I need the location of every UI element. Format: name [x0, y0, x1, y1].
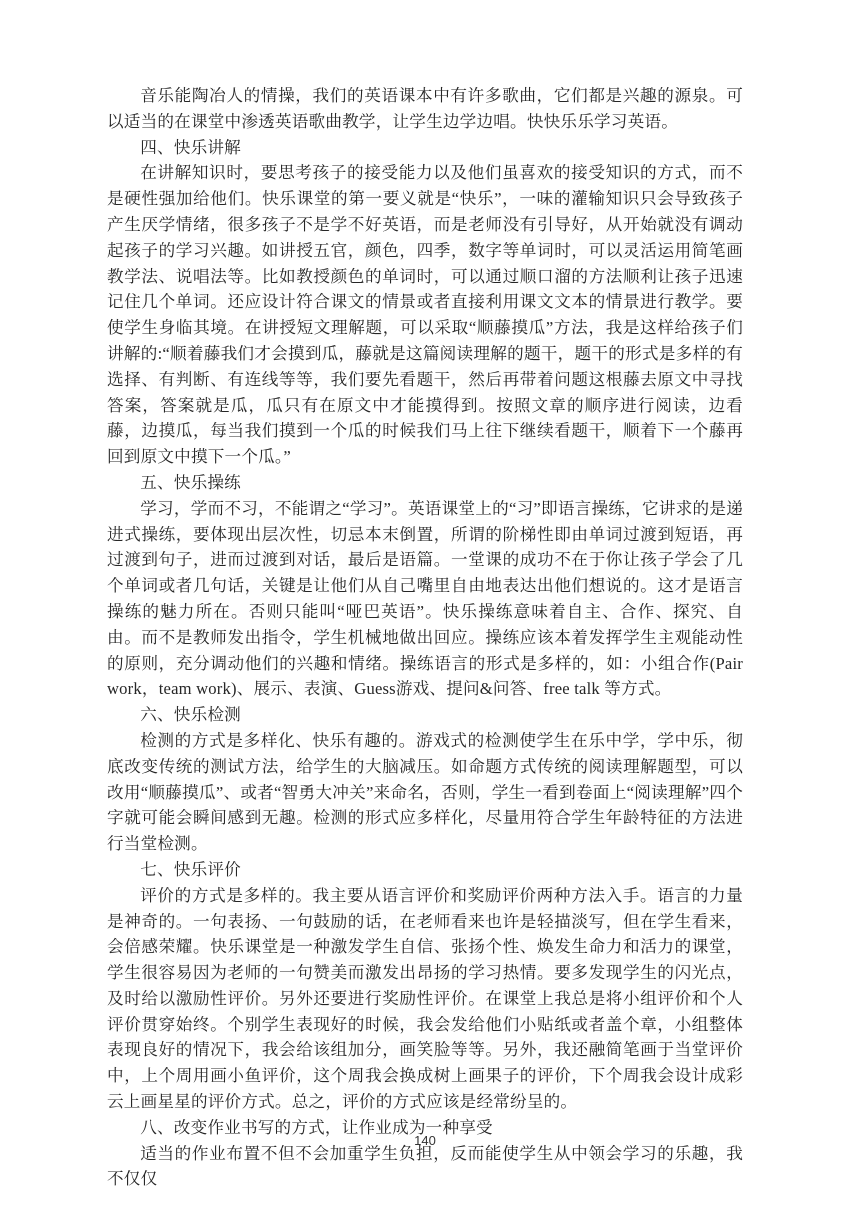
section-heading: 七、快乐评价	[107, 857, 743, 883]
body-paragraph: 音乐能陶冶人的情操，我们的英语课本中有许多歌曲，它们都是兴趣的源泉。可以适当的在…	[107, 83, 743, 135]
body-paragraph: 评价的方式是多样的。我主要从语言评价和奖励评价两种方法入手。语言的力量是神奇的。…	[107, 883, 743, 1115]
page-number: 140	[0, 1133, 850, 1148]
section-heading: 六、快乐检测	[107, 702, 743, 728]
section-heading: 四、快乐讲解	[107, 135, 743, 161]
body-paragraph: 在讲解知识时，要思考孩子的接受能力以及他们虽喜欢的接受知识的方式，而不是硬性强加…	[107, 160, 743, 470]
section-heading: 五、快乐操练	[107, 470, 743, 496]
document-page: 音乐能陶冶人的情操，我们的英语课本中有许多歌曲，它们都是兴趣的源泉。可以适当的在…	[0, 0, 850, 1205]
body-paragraph: 适当的作业布置不但不会加重学生负担，反而能使学生从中领会学习的乐趣，我不仅仅	[107, 1141, 743, 1193]
body-paragraph: 检测的方式是多样化、快乐有趣的。游戏式的检测使学生在乐中学，学中乐，彻底改变传统…	[107, 728, 743, 857]
document-content: 音乐能陶冶人的情操，我们的英语课本中有许多歌曲，它们都是兴趣的源泉。可以适当的在…	[107, 83, 743, 1192]
body-paragraph: 学习，学而不习，不能谓之“学习”。英语课堂上的“习”即语言操练，它讲求的是递进式…	[107, 496, 743, 702]
